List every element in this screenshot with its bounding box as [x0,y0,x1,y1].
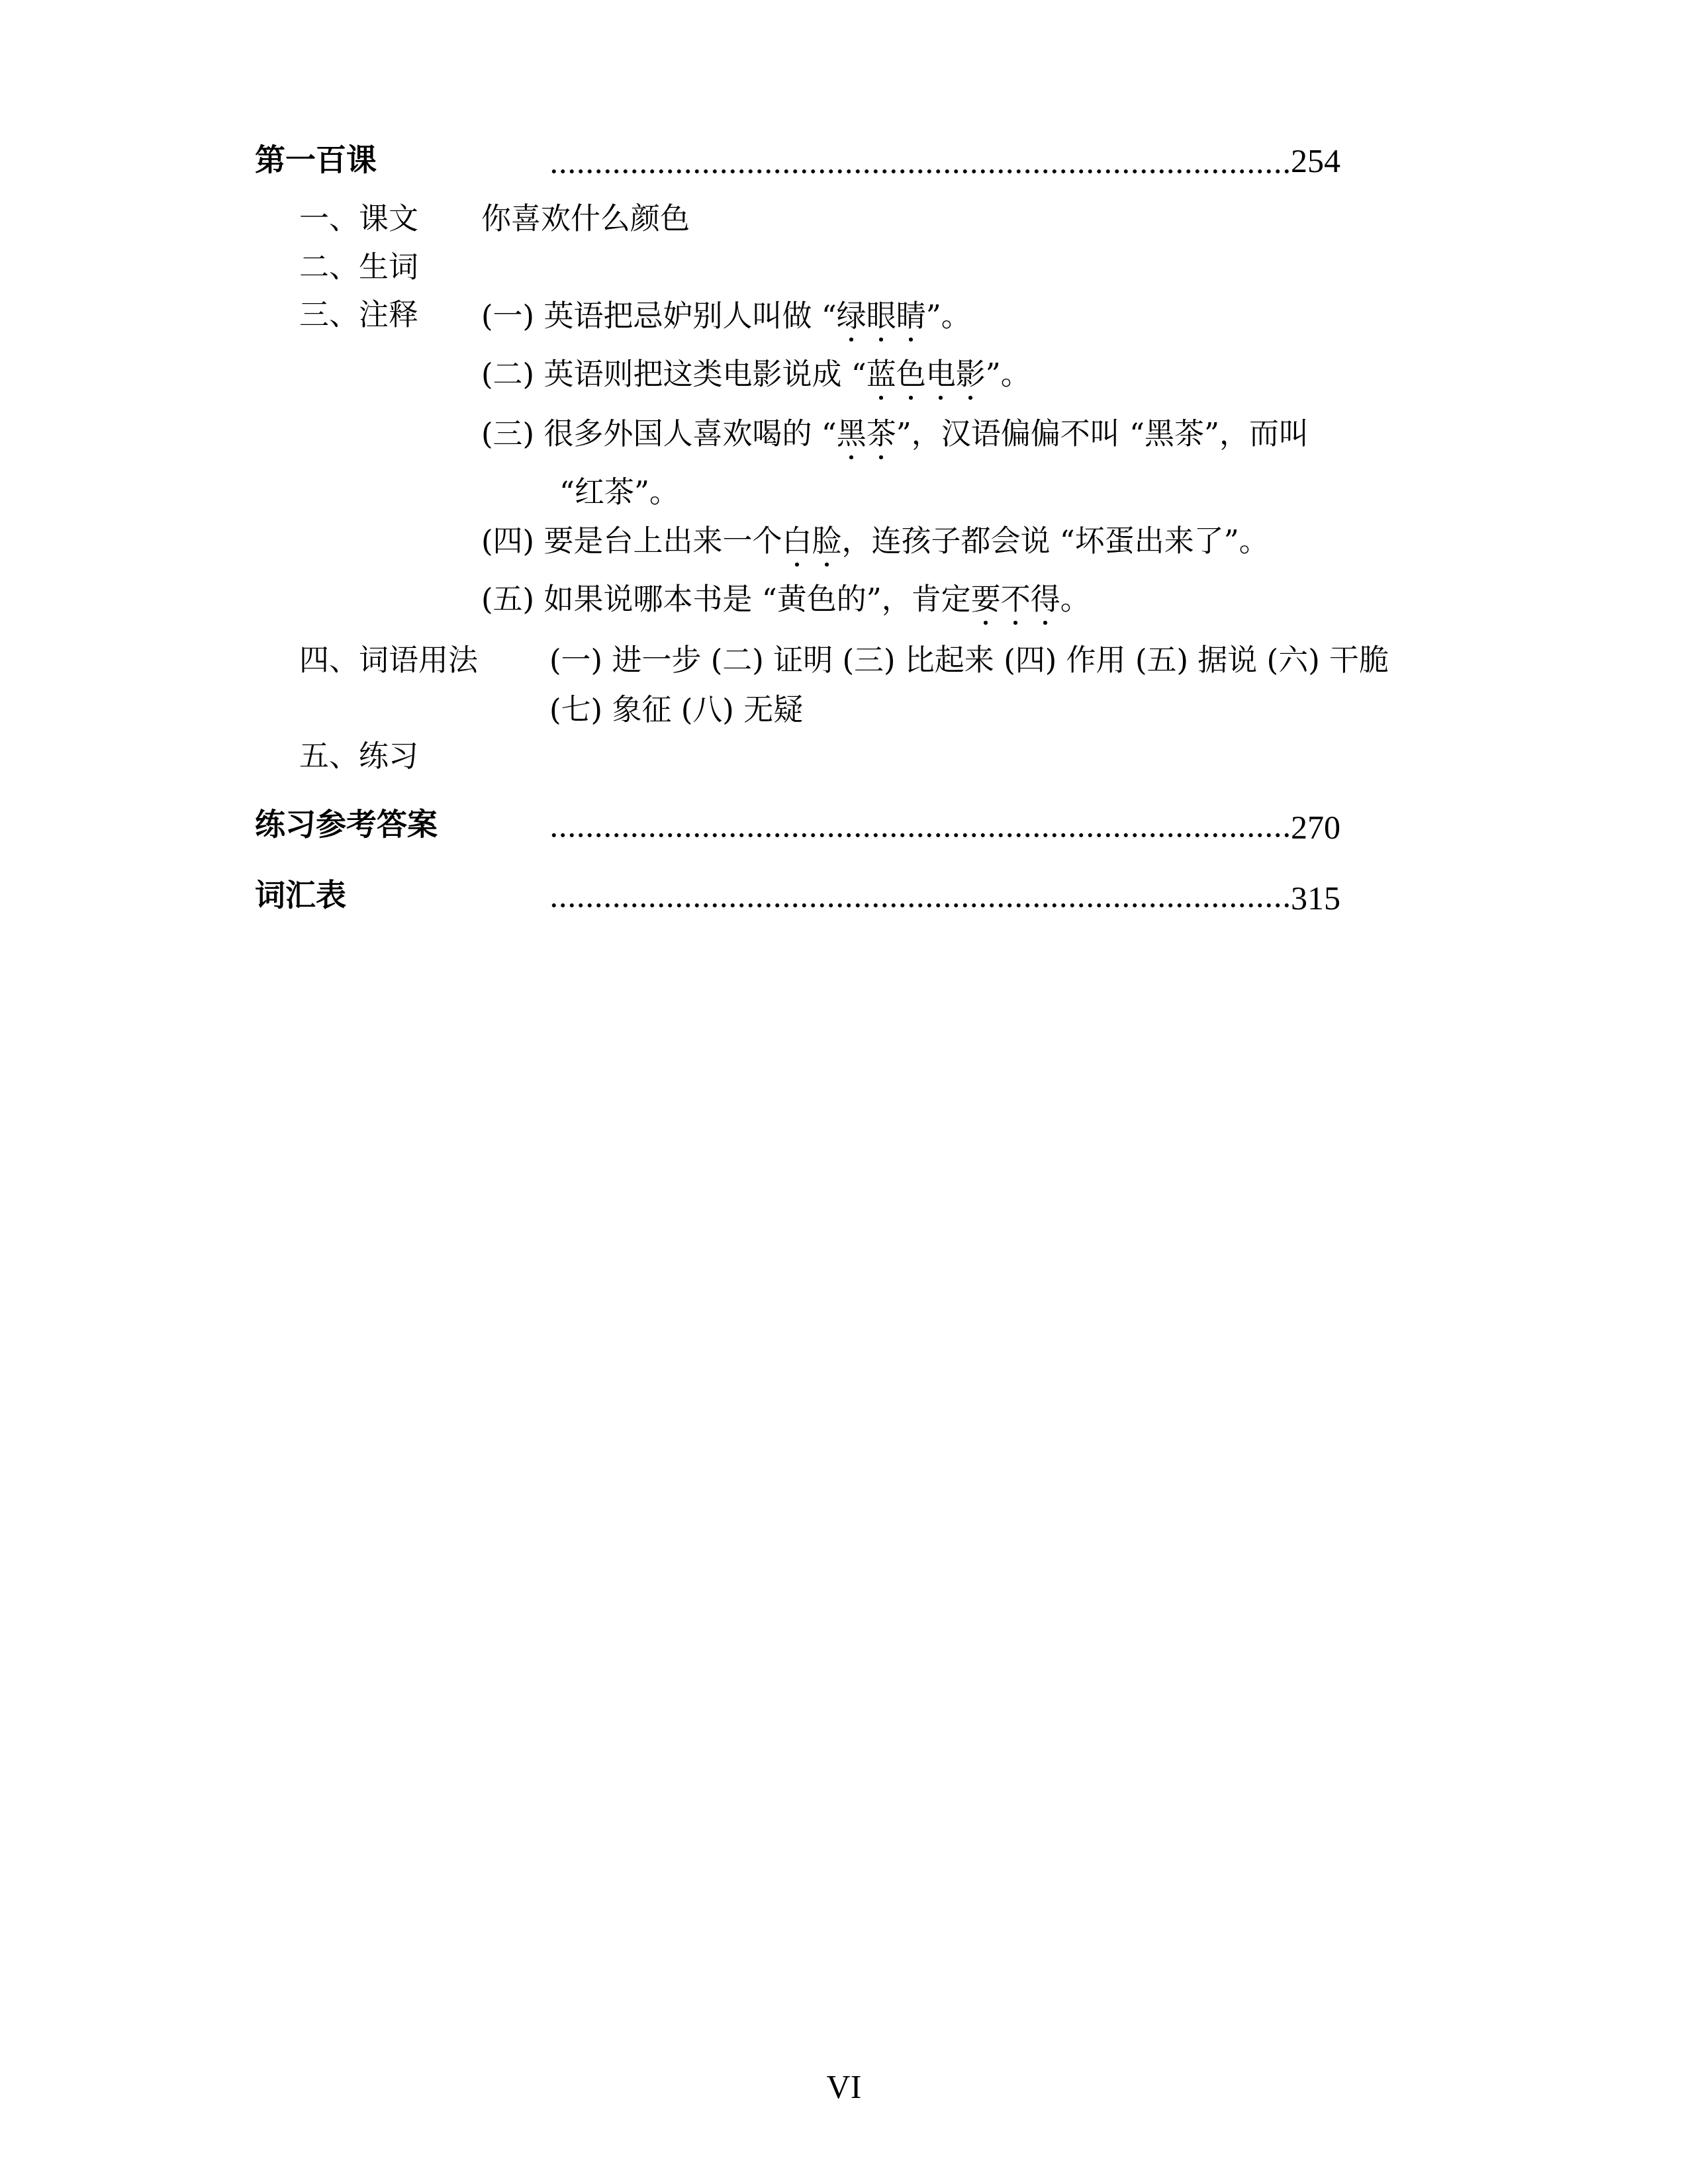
emphasis-char: 脸 [812,526,841,556]
emphasis-char: 茶 [867,419,896,449]
note-text: 英语把忌妒别人叫做 “ [543,298,836,334]
note-number: (一) [481,298,534,334]
note-number: (二) [481,357,534,392]
emphasis-char: 眼 [867,301,896,331]
note-item-4: (四) 要是台上出来一个白脸，连孩子都会说 “坏蛋出来了”。 [481,526,1269,556]
emphasis-char: 电 [926,359,956,389]
note-text: ，连孩子都会说 “坏蛋出来了”。 [841,523,1268,559]
section-text-content: 你喜欢什么颜色 [481,204,690,234]
section-text-label: 一、课文 [299,204,418,234]
note-item-2: (二) 英语则把这类电影说成 “蓝色电影”。 [481,359,1031,389]
note-text: 。 [1060,582,1090,617]
emphasis-char: 黑 [837,419,867,449]
usage-items-line-1: (一) 进一步 (二) 证明 (三) 比起来 (四) 作用 (五) 据说 (六)… [549,645,1389,675]
toc-page: 第一百课 254 一、课文 你喜欢什么颜色 二、生词 三、注释 (一) 英语把忌… [0,0,1688,2184]
note-text: 如果说哪本书是 “黄色的”，肯定 [543,582,970,617]
glossary-page-number: 315 [1291,882,1340,915]
leader-dots [549,903,1289,908]
emphasis-char: 要 [971,584,1001,614]
section-usage-label: 四、词语用法 [299,645,478,675]
leader-dots [549,169,1289,174]
emphasis-char: 蓝 [867,359,896,389]
note-text: ”。 [986,357,1031,392]
emphasis-char: 白 [782,526,812,556]
note-item-3-continuation: “红茶”。 [559,477,679,507]
lesson-page-number: 254 [1291,144,1340,177]
note-text: 英语则把这类电影说成 “ [543,357,866,392]
note-number: (五) [481,582,534,617]
note-text: ”，汉语偏偏不叫 “黑茶”，而叫 [896,416,1309,451]
section-exercise-label: 五、练习 [299,741,418,771]
emphasis-char: 睛 [896,301,926,331]
note-text: 要是台上出来一个 [543,523,782,559]
note-item-1: (一) 英语把忌妒别人叫做 “绿眼睛”。 [481,301,971,331]
footer-page-number: VI [0,2070,1688,2103]
usage-items-line-2: (七) 象征 (八) 无疑 [549,695,803,725]
note-item-3: (三) 很多外国人喜欢喝的 “黑茶”，汉语偏偏不叫 “黑茶”，而叫 [481,419,1309,449]
glossary-title: 词汇表 [255,880,346,910]
note-text: ”。 [926,298,971,334]
note-number: (三) [481,416,534,451]
note-number: (四) [481,523,534,559]
answers-page-number: 270 [1291,811,1340,844]
leader-dots [549,833,1289,838]
emphasis-char: 色 [896,359,926,389]
note-item-5: (五) 如果说哪本书是 “黄色的”，肯定要不得。 [481,584,1090,614]
emphasis-char: 绿 [837,301,867,331]
note-text: 很多外国人喜欢喝的 “ [543,416,836,451]
section-notes-label: 三、注释 [299,300,418,330]
emphasis-char: 不 [1001,584,1031,614]
emphasis-char: 得 [1031,584,1060,614]
emphasis-char: 影 [956,359,986,389]
lesson-title: 第一百课 [255,144,377,175]
section-vocab-label: 二、生词 [299,252,418,282]
answers-title: 练习参考答案 [255,809,438,839]
